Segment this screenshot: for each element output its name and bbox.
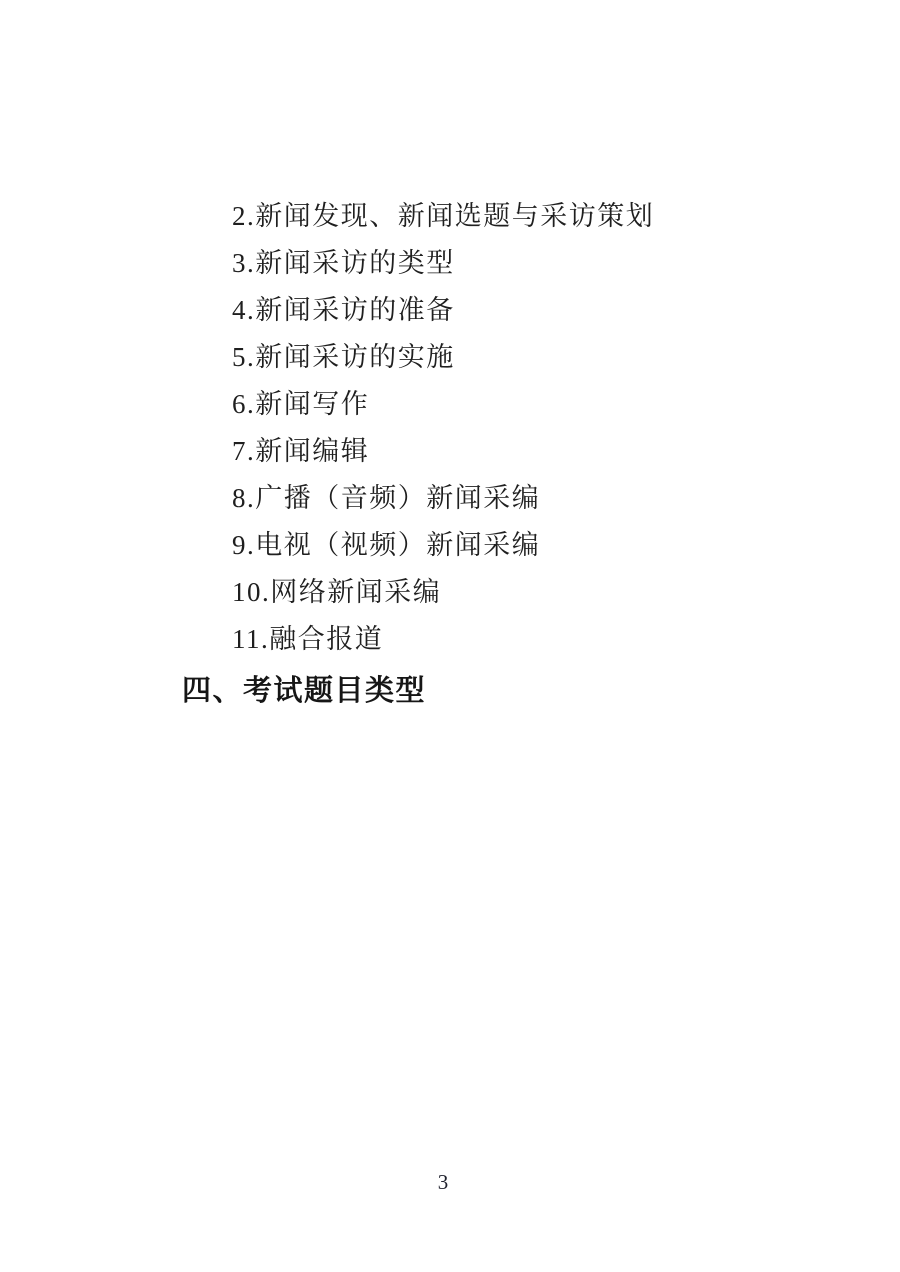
list-item: 6.新闻写作 — [232, 381, 840, 428]
document-content: 2.新闻发现、新闻选题与采访策划 3.新闻采访的类型 4.新闻采访的准备 5.新… — [182, 193, 840, 715]
list-item: 8.广播（音频）新闻采编 — [232, 475, 840, 522]
list-item: 9.电视（视频）新闻采编 — [232, 522, 840, 569]
list-item: 2.新闻发现、新闻选题与采访策划 — [232, 193, 840, 240]
section-heading: 四、考试题目类型 — [182, 668, 840, 715]
list-item: 5.新闻采访的实施 — [232, 334, 840, 381]
list-item: 7.新闻编辑 — [232, 428, 840, 475]
list-item: 3.新闻采访的类型 — [232, 240, 840, 287]
document-page: 2.新闻发现、新闻选题与采访策划 3.新闻采访的类型 4.新闻采访的准备 5.新… — [0, 0, 900, 1272]
syllabus-list: 2.新闻发现、新闻选题与采访策划 3.新闻采访的类型 4.新闻采访的准备 5.新… — [182, 193, 840, 663]
list-item: 10.网络新闻采编 — [232, 569, 840, 616]
page-number: 3 — [0, 1168, 886, 1196]
list-item: 11.融合报道 — [232, 616, 840, 663]
list-item: 4.新闻采访的准备 — [232, 287, 840, 334]
